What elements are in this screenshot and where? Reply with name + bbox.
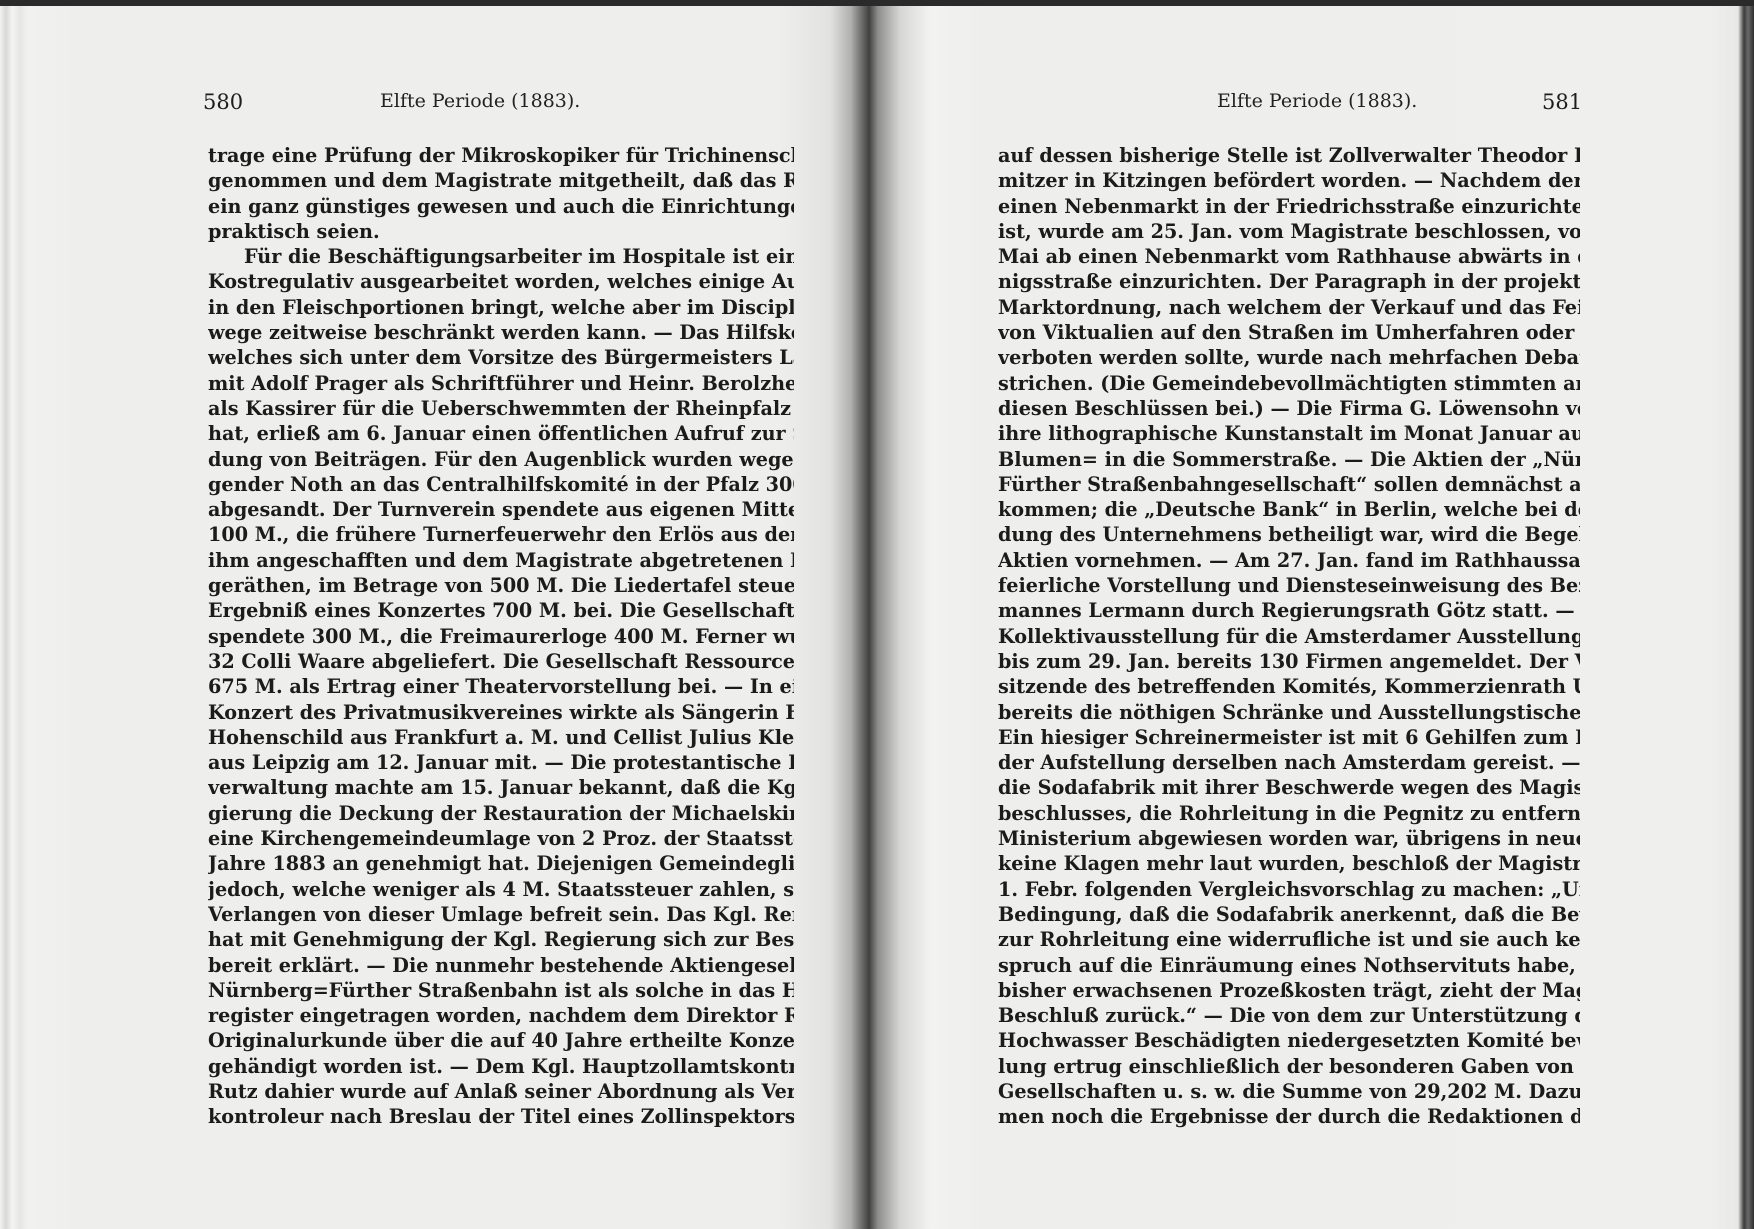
text-line: als Kassirer für die Ueberschwemmten der… (208, 396, 794, 421)
text-line: Rutz dahier wurde auf Anlaß seiner Abord… (208, 1079, 794, 1104)
text-line: lung ertrug einschließlich der besondere… (998, 1054, 1580, 1079)
text-line: in den Fleischportionen bringt, welche a… (208, 295, 794, 320)
text-line: dung des Unternehmens betheiligt war, wi… (998, 522, 1580, 547)
text-line: mannes Lermann durch Regierungsrath Götz… (998, 598, 1580, 623)
text-line: aus Leipzig am 12. Januar mit. — Die pro… (208, 750, 794, 775)
text-line: diesen Beschlüssen bei.) — Die Firma G. … (998, 396, 1580, 421)
text-line: ein ganz günstiges gewesen und auch die … (208, 194, 794, 219)
page-body-text: trage eine Prüfung der Mikroskopiker für… (208, 143, 794, 1130)
text-line: eine Kirchengemeindeumlage von 2 Proz. d… (208, 826, 794, 851)
text-line: geräthen, im Betrage von 500 M. Die Lied… (208, 573, 794, 598)
text-line: mitzer in Kitzingen befördert worden. — … (998, 168, 1580, 193)
text-line: Blumen= in die Sommerstraße. — Die Aktie… (998, 447, 1580, 472)
text-line: gierung die Deckung der Restauration der… (208, 801, 794, 826)
text-line: Für die Beschäftigungsarbeiter im Hospit… (208, 244, 794, 269)
text-line: kontroleur nach Breslau der Titel eines … (208, 1104, 794, 1129)
text-line: Bedingung, daß die Sodafabrik anerkennt,… (998, 902, 1580, 927)
text-line: bereit erklärt. — Die nunmehr bestehende… (208, 953, 794, 978)
book-spread: 580 Elfte Periode (1883). trage eine Prü… (0, 6, 1754, 1229)
left-page: 580 Elfte Periode (1883). trage eine Prü… (0, 6, 870, 1229)
text-line: 32 Colli Waare abgeliefert. Die Gesellsc… (208, 649, 794, 674)
text-line: spendete 300 M., die Freimaurerloge 400 … (208, 624, 794, 649)
text-line: keine Klagen mehr laut wurden, beschloß … (998, 851, 1580, 876)
text-line: auf dessen bisherige Stelle ist Zollverw… (998, 143, 1580, 168)
page-number: 580 (203, 90, 243, 114)
text-line: bereits die nöthigen Schränke und Ausste… (998, 700, 1580, 725)
text-line: Gesellschaften u. s. w. die Summe von 29… (998, 1079, 1580, 1104)
text-line: welches sich unter dem Vorsitze des Bürg… (208, 345, 794, 370)
text-line: Jahre 1883 an genehmigt hat. Diejenigen … (208, 851, 794, 876)
text-line: Verlangen von dieser Umlage befreit sein… (208, 902, 794, 927)
text-line: Ministerium abgewiesen worden war, übrig… (998, 826, 1580, 851)
text-line: beschlusses, die Rohrleitung in die Pegn… (998, 801, 1580, 826)
text-line: Hohenschild aus Frankfurt a. M. und Cell… (208, 725, 794, 750)
page-body-text: auf dessen bisherige Stelle ist Zollverw… (998, 143, 1580, 1130)
text-line: Aktien vornehmen. — Am 27. Jan. fand im … (998, 548, 1580, 573)
text-line: ihre lithographische Kunstanstalt im Mon… (998, 421, 1580, 446)
running-head: Elfte Periode (1883). (1217, 90, 1417, 120)
text-line: der Aufstellung derselben nach Amsterdam… (998, 750, 1580, 775)
text-line: jedoch, welche weniger als 4 M. Staatsst… (208, 877, 794, 902)
text-line: verwaltung machte am 15. Januar bekannt,… (208, 775, 794, 800)
text-line: spruch auf die Einräumung eines Nothserv… (998, 953, 1580, 978)
text-line: mit Adolf Prager als Schriftführer und H… (208, 371, 794, 396)
text-line: kommen; die „Deutsche Bank“ in Berlin, w… (998, 497, 1580, 522)
text-line: einen Nebenmarkt in der Friedrichsstraße… (998, 194, 1580, 219)
text-line: 100 M., die frühere Turnerfeuerwehr den … (208, 522, 794, 547)
text-line: praktisch seien. (208, 219, 794, 244)
running-head: Elfte Periode (1883). (380, 90, 580, 120)
text-line: genommen und dem Magistrate mitgetheilt,… (208, 168, 794, 193)
text-line: Ergebniß eines Konzertes 700 M. bei. Die… (208, 598, 794, 623)
text-line: verboten werden sollte, wurde nach mehrf… (998, 345, 1580, 370)
text-line: Ein hiesiger Schreinermeister ist mit 6 … (998, 725, 1580, 750)
text-line: sitzende des betreffenden Komités, Komme… (998, 674, 1580, 699)
text-line: Mai ab einen Nebenmarkt vom Rathhause ab… (998, 244, 1580, 269)
text-line: Originalurkunde über die auf 40 Jahre er… (208, 1028, 794, 1053)
text-line: bisher erwachsenen Prozeßkosten trägt, z… (998, 978, 1580, 1003)
text-line: gehändigt worden ist. — Dem Kgl. Hauptzo… (208, 1054, 794, 1079)
text-line: hat, erließ am 6. Januar einen öffentlic… (208, 421, 794, 446)
page-number: 581 (1542, 90, 1582, 114)
text-line: trage eine Prüfung der Mikroskopiker für… (208, 143, 794, 168)
text-line: ist, wurde am 25. Jan. vom Magistrate be… (998, 219, 1580, 244)
text-line: Kollektivausstellung für die Amsterdamer… (998, 624, 1580, 649)
text-line: ihm angeschafften und dem Magistrate abg… (208, 548, 794, 573)
text-line: men noch die Ergebnisse der durch die Re… (998, 1104, 1580, 1129)
text-line: die Sodafabrik mit ihrer Beschwerde wege… (998, 775, 1580, 800)
text-line: Nürnberg=Fürther Straßenbahn ist als sol… (208, 978, 794, 1003)
text-line: strichen. (Die Gemeindebevollmächtigten … (998, 371, 1580, 396)
text-line: register eingetragen worden, nachdem dem… (208, 1003, 794, 1028)
text-line: nigsstraße einzurichten. Der Paragraph i… (998, 269, 1580, 294)
text-line: dung von Beiträgen. Für den Augenblick w… (208, 447, 794, 472)
text-line: feierliche Vorstellung und Diensteseinwe… (998, 573, 1580, 598)
text-line: 675 M. als Ertrag einer Theatervorstellu… (208, 674, 794, 699)
text-line: Beschluß zurück.“ — Die von dem zur Unte… (998, 1003, 1580, 1028)
text-line: 1. Febr. folgenden Vergleichsvorschlag z… (998, 877, 1580, 902)
text-line: von Viktualien auf den Straßen im Umherf… (998, 320, 1580, 345)
text-line: Konzert des Privatmusikvereines wirkte a… (208, 700, 794, 725)
text-line: gender Noth an das Centralhilfskomité in… (208, 472, 794, 497)
text-line: wege zeitweise beschränkt werden kann. —… (208, 320, 794, 345)
text-line: zur Rohrleitung eine widerrufliche ist u… (998, 927, 1580, 952)
text-line: hat mit Genehmigung der Kgl. Regierung s… (208, 927, 794, 952)
text-line: Fürther Straßenbahngesellschaft“ sollen … (998, 472, 1580, 497)
right-page: Elfte Periode (1883). 581 auf dessen bis… (870, 6, 1754, 1229)
text-line: Kostregulativ ausgearbeitet worden, welc… (208, 269, 794, 294)
text-line: Hochwasser Beschädigten niedergesetzten … (998, 1028, 1580, 1053)
text-line: Marktordnung, nach welchem der Verkauf u… (998, 295, 1580, 320)
text-line: bis zum 29. Jan. bereits 130 Firmen ange… (998, 649, 1580, 674)
text-line: abgesandt. Der Turnverein spendete aus e… (208, 497, 794, 522)
